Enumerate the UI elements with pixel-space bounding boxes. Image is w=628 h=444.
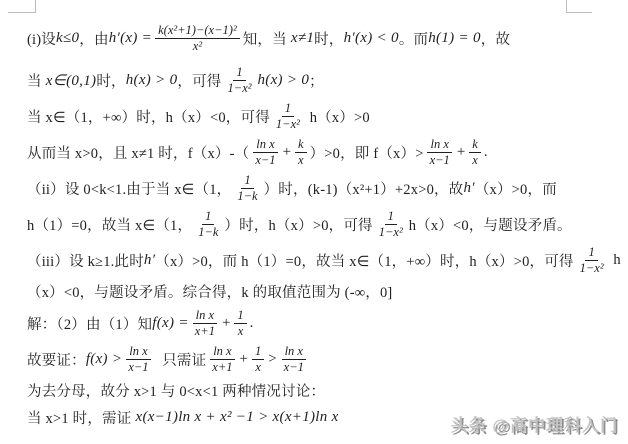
fraction: 11−x²	[577, 245, 607, 276]
fraction-numerator: ln x	[210, 344, 234, 360]
fraction-denominator: x+1	[192, 324, 218, 339]
math-text: h′(x) =	[109, 30, 152, 47]
fraction-numerator: 1	[282, 101, 294, 117]
watermark: 头条 @高中理科入门	[451, 411, 618, 436]
math-text: x≠1	[287, 30, 314, 47]
body-text: ）>0，即 f（x）>	[310, 142, 424, 163]
text-line: 为去分母，故分 x>1 与 0<x<1 两种情况讨论：	[27, 377, 614, 404]
math-text: h′	[463, 180, 474, 197]
math-text: f(x) =	[152, 315, 189, 332]
fraction-denominator: 1−k	[195, 225, 221, 240]
fraction-numerator: ln x	[193, 308, 217, 324]
document-page: (i)设k≤0，由h′(x) =k(x²+1)−(x−1)²x²知，当 x≠1时…	[0, 0, 628, 444]
body-text: 。而	[399, 28, 428, 49]
math-text: +	[282, 144, 292, 161]
fraction: 11−k	[195, 209, 221, 240]
text-line: h（1）=0，故当 x∈（1，11−k）时，h（x）>0，可得11−x²h（x）…	[27, 206, 614, 242]
math-text: h(1) = 0	[428, 30, 481, 47]
fraction-numerator: 1	[241, 173, 253, 189]
body-text: ）时，h（x）>0，可得	[224, 214, 372, 235]
body-text: h（x）>0	[306, 106, 370, 127]
math-text: h′(x) < 0	[344, 30, 399, 47]
math-text: h(x) > 0	[258, 72, 310, 89]
body-text: 为去分母，故分 x>1 与 0<x<1 两种情况讨论：	[27, 380, 325, 401]
text-line: 当 x∈（1，+∞）时，h（x）<0，可得11−x² h（x）>0	[27, 98, 614, 134]
body-text: （x）<0，与题设矛盾。综合得，k 的取值范围为 (-∞，0]	[27, 281, 392, 302]
body-text: （x）>0，而 h（1）=0，故当 x∈（1，+∞）时，h（x）>0，可得	[155, 250, 573, 271]
fraction-numerator: 1	[252, 344, 264, 360]
fraction: ln xx+1	[192, 308, 218, 339]
text-boundary-mark-left	[8, 0, 36, 13]
fraction-numerator: 1	[385, 209, 397, 225]
fraction-numerator: 1	[202, 209, 214, 225]
document-body: (i)设k≤0，由h′(x) =k(x²+1)−(x−1)²x²知，当 x≠1时…	[27, 14, 614, 431]
fraction: ln xx−1	[427, 137, 453, 168]
fraction-numerator: 1	[234, 308, 246, 324]
fraction-numerator: ln x	[126, 344, 150, 360]
fraction: 11−x²	[273, 101, 303, 132]
fraction-numerator: 1	[233, 65, 245, 81]
text-line: 当 x∈(0,1)时，h(x) > 0，可得11−x²h(x) > 0；	[27, 62, 614, 98]
fraction: 1x	[234, 308, 246, 339]
fraction-numerator: 1	[585, 245, 597, 261]
body-text: 解：（2）由（1）知	[27, 313, 152, 334]
body-text: （ii）设 0<k<1.由于当 x∈（1，	[27, 178, 231, 199]
fraction-numerator: k	[295, 137, 307, 153]
text-line: 解：（2）由（1）知f(x) =ln xx+1+1x.	[27, 305, 614, 341]
text-line: （ii）设 0<k<1.由于当 x∈（1，11−k）时，(k-1)（x²+1）+…	[27, 170, 614, 206]
fraction-denominator: x	[469, 153, 481, 168]
body-text: 当 x>1 时，需证	[27, 407, 131, 428]
body-text: 故要证：	[27, 349, 86, 370]
body-text: （iii）设 k≥1.此时	[27, 250, 144, 271]
body-text: 当 x∈（1，+∞）时，h（x）<0，可得	[27, 106, 270, 127]
fraction: 1x	[252, 344, 264, 375]
body-text: ）时，(k-1)（x²+1）+2x>0，故	[264, 178, 464, 199]
fraction-denominator: 1−x²	[577, 261, 607, 276]
math-text: x∈(0,1)	[42, 71, 97, 90]
fraction-denominator: x−1	[252, 153, 278, 168]
fraction-numerator: k	[469, 137, 481, 153]
body-text: 从而当 x>0，且 x≠1 时，f（x）-（	[27, 142, 249, 163]
fraction-denominator: 1−x²	[225, 81, 255, 96]
text-line: (i)设k≤0，由h′(x) =k(x²+1)−(x−1)²x²知，当 x≠1时…	[27, 14, 614, 62]
body-text: h	[610, 252, 621, 269]
fraction-numerator: ln x	[253, 137, 277, 153]
body-text: h（1）=0，故当 x∈（1，	[27, 214, 192, 235]
body-text: h（x）<0，与题设矛盾。	[409, 214, 572, 235]
math-text: x(x−1)ln x + x² −1 > x(x+1)ln x	[131, 409, 338, 426]
fraction: 11−x²	[376, 209, 406, 240]
fraction-denominator: x−1	[427, 153, 453, 168]
fraction: ln xx−1	[125, 344, 151, 375]
fraction: ln xx−1	[281, 344, 307, 375]
fraction-denominator: x	[295, 153, 307, 168]
math-text: >	[267, 351, 277, 368]
body-text: 知，当	[243, 28, 287, 49]
body-text: .	[250, 315, 254, 332]
fraction: kx	[295, 137, 307, 168]
body-text: ，故	[481, 28, 510, 49]
body-text: （x）>0，而	[475, 178, 557, 199]
math-text: h′	[144, 252, 155, 269]
fraction: ln xx−1	[252, 137, 278, 168]
fraction-denominator: x−1	[125, 360, 151, 375]
fraction-numerator: k(x²+1)−(x−1)²	[155, 23, 240, 39]
fraction-denominator: x	[235, 324, 247, 339]
fraction-denominator: 1−k	[234, 189, 260, 204]
math-text: +	[221, 315, 231, 332]
body-text: 时，	[314, 28, 343, 49]
text-line: 故要证：f(x) >ln xx−1 只需证ln xx+1+1x>ln xx−1	[27, 341, 614, 377]
math-text: f(x) >	[86, 351, 123, 368]
text-boundary-mark-right	[566, 0, 592, 13]
fraction: k(x²+1)−(x−1)²x²	[155, 23, 240, 54]
body-text: ，由	[79, 28, 108, 49]
fraction: 11−k	[234, 173, 260, 204]
fraction-denominator: 1−x²	[273, 117, 303, 132]
body-text: (i)设	[27, 28, 56, 49]
body-text: ；	[309, 70, 324, 91]
fraction-denominator: x−1	[281, 360, 307, 375]
body-text: 当	[27, 70, 42, 91]
fraction-denominator: x+1	[209, 360, 235, 375]
body-text: ，可得	[177, 70, 221, 91]
text-line: （iii）设 k≥1.此时h′（x）>0，而 h（1）=0，故当 x∈（1，+∞…	[27, 242, 614, 278]
math-text: +	[239, 351, 249, 368]
body-text: 只需证	[155, 349, 207, 370]
math-text: k≤0	[56, 30, 79, 47]
fraction: 11−x²	[225, 65, 255, 96]
fraction-denominator: 1−x²	[376, 225, 406, 240]
fraction-denominator: x	[252, 360, 264, 375]
fraction-denominator: x²	[190, 39, 205, 54]
fraction: ln xx+1	[209, 344, 235, 375]
fraction-numerator: ln x	[427, 137, 451, 153]
math-text: +	[456, 144, 466, 161]
body-text: .	[484, 144, 488, 161]
fraction-numerator: ln x	[282, 344, 306, 360]
text-line: 从而当 x>0，且 x≠1 时，f（x）-（ln xx−1+kx）>0，即 f（…	[27, 134, 614, 170]
text-line: （x）<0，与题设矛盾。综合得，k 的取值范围为 (-∞，0]	[27, 278, 614, 305]
fraction: kx	[469, 137, 481, 168]
math-text: h(x) > 0	[126, 72, 178, 89]
body-text: 时，	[96, 70, 125, 91]
